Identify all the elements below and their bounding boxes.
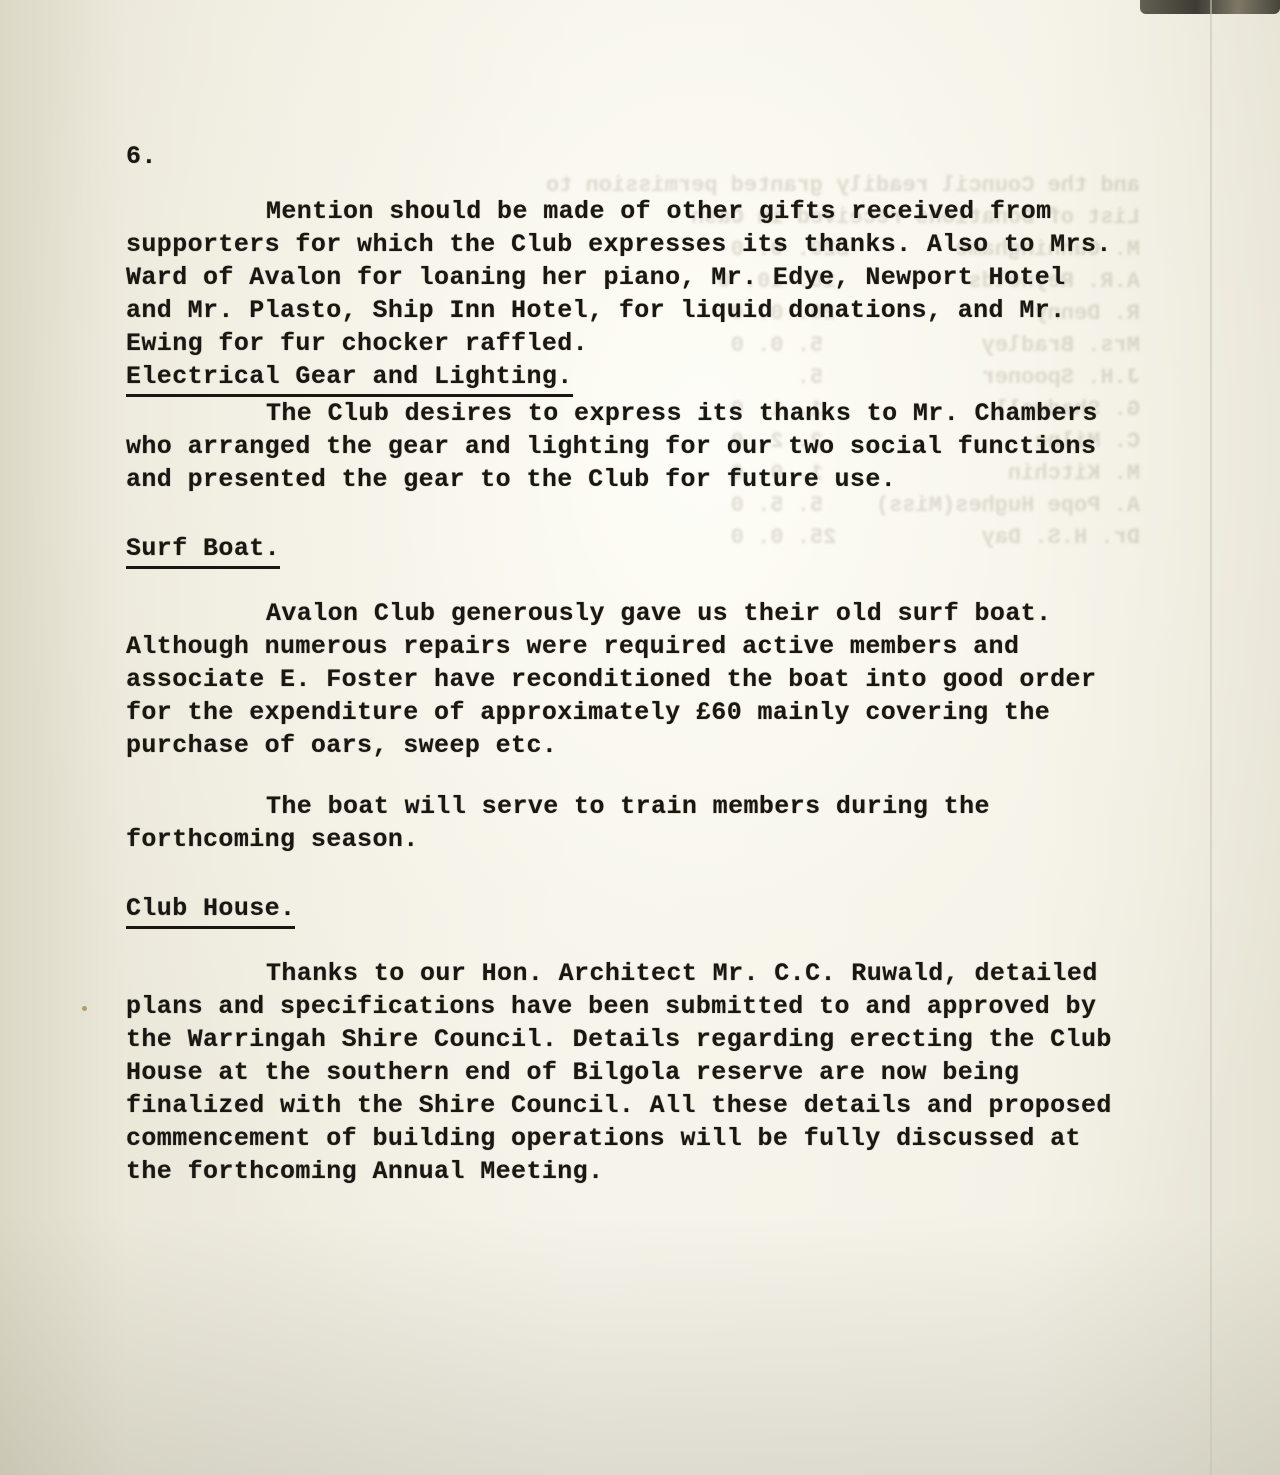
section-surf-boat: Surf Boat. Avalon Club generously gave u… (126, 532, 1126, 856)
section-paragraph: The boat will serve to train members dur… (126, 790, 1126, 856)
intro-paragraph: Mention should be made of other gifts re… (126, 195, 1126, 360)
section-paragraph: The Club desires to express its thanks t… (126, 397, 1126, 496)
section-heading: Surf Boat. (126, 532, 280, 569)
section-heading: Club House. (126, 892, 295, 929)
margin-mark (82, 1006, 87, 1011)
section-club-house: Club House. Thanks to our Hon. Architect… (126, 892, 1126, 1188)
section-paragraph: Avalon Club generously gave us their old… (126, 597, 1126, 762)
typed-document: 6. Mention should be made of other gifts… (126, 140, 1126, 1188)
page-number: 6. (126, 140, 1126, 173)
page-fold (1210, 0, 1212, 1475)
section-heading: Electrical Gear and Lighting. (126, 360, 573, 397)
section-electrical-gear: Electrical Gear and Lighting. The Club d… (126, 360, 1126, 496)
section-paragraph: Thanks to our Hon. Architect Mr. C.C. Ru… (126, 957, 1126, 1188)
